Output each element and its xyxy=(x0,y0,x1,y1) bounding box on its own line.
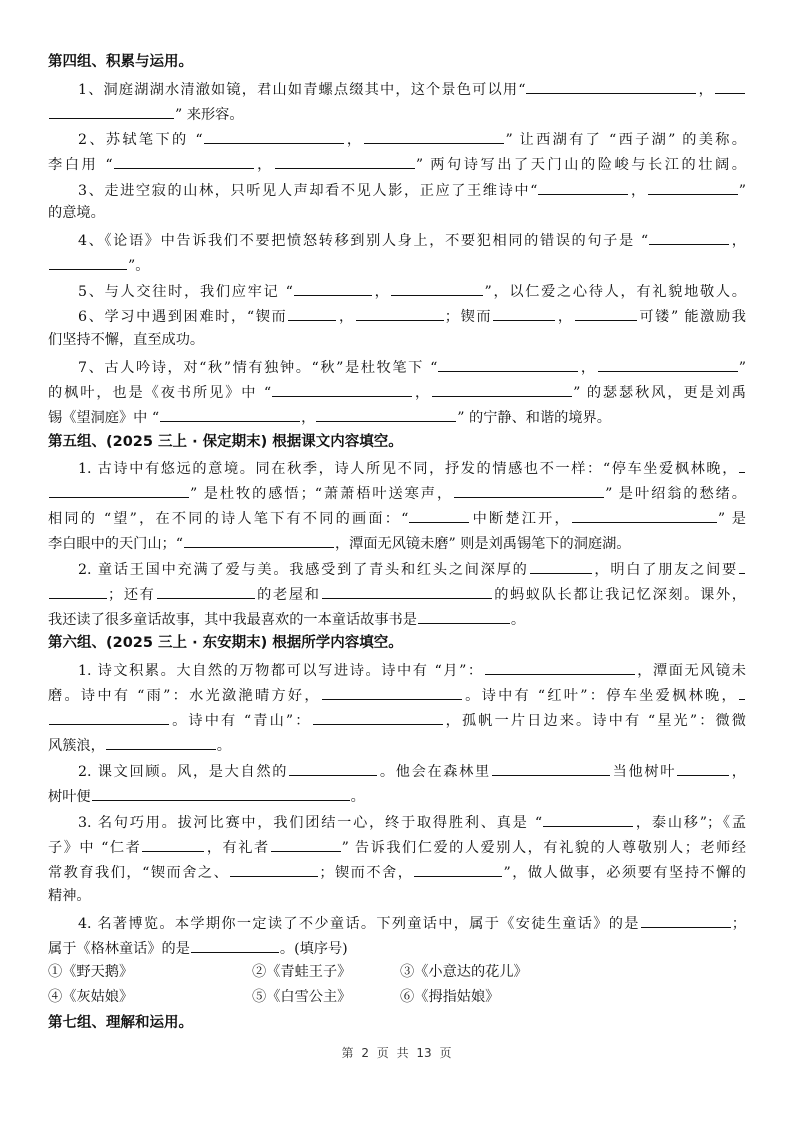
text-segment: 。 xyxy=(351,789,365,805)
fill-in-blank[interactable] xyxy=(454,480,604,498)
fill-in-blank[interactable] xyxy=(432,379,572,397)
option-item: ③《小意达的花儿》 xyxy=(400,960,528,984)
text-segment: ” 是 xyxy=(718,511,746,527)
text-line: 树叶便。 xyxy=(48,783,746,807)
text-segment: 1. 古诗中有悠远的意境。同在秋季，诗人所见不同，抒发的情感也不一样：“停车坐爱… xyxy=(78,461,738,477)
text-segment: 相同的 “望”，在不同的诗人笔下有不同的画面：“ xyxy=(48,511,408,527)
text-segment: 我还读了很多童话故事，其中我最喜欢的一本童话故事书是 xyxy=(48,612,417,628)
fill-in-blank[interactable] xyxy=(739,556,745,574)
text-segment: ， xyxy=(337,309,354,325)
text-line: ”。 xyxy=(48,252,746,276)
fill-in-blank[interactable] xyxy=(191,935,279,953)
text-line: 2、苏轼笔下的 “，” 让西湖有了 “西子湖” 的美称。 xyxy=(78,126,746,150)
text-segment: 1、洞庭湖湖水清澈如镜，君山如青螺点缀其中，这个景色可以用“ xyxy=(78,82,525,98)
text-segment: ” 是杜牧的感悟；“萧萧梧叶送寒声， xyxy=(190,486,453,502)
fill-in-blank[interactable] xyxy=(364,126,504,144)
text-line: 相同的 “望”，在不同的诗人笔下有不同的画面：“中断楚江开，” 是 xyxy=(48,505,746,529)
text-line: 风簇浪，。 xyxy=(48,732,746,756)
section-heading: 第七组、理解和运用。 xyxy=(48,1011,746,1035)
fill-in-blank[interactable] xyxy=(526,76,696,94)
fill-in-blank[interactable] xyxy=(648,177,738,195)
text-line: 锡《望洞庭》中 “，” 的宁静、和谐的境界。 xyxy=(48,404,746,428)
text-segment: ， xyxy=(730,233,746,249)
fill-in-blank[interactable] xyxy=(641,910,731,928)
text-segment: ” 让西湖有了 “西子湖” 的美称。 xyxy=(505,132,746,148)
text-segment: 3、走进空寂的山林，只听见人声却看不见人影，正应了王维诗中“ xyxy=(78,183,537,199)
text-segment: ”，以仁爱之心待人，有礼貌地敬人。 xyxy=(484,284,746,300)
text-segment: 第七组、理解和运用。 xyxy=(48,1015,193,1031)
text-line: ；还有的老屋和的蚂蚁队长都让我记忆深刻。课外， xyxy=(48,581,746,605)
text-segment: ， xyxy=(413,385,431,401)
text-segment: 磨。诗中有 “雨”：水光潋滟晴方好， xyxy=(48,688,321,704)
fill-in-blank[interactable] xyxy=(49,480,189,498)
text-line: ” 是杜牧的感悟；“萧萧梧叶送寒声，” 是叶绍翁的愁绪。 xyxy=(48,480,746,504)
text-segment: ， xyxy=(301,410,315,426)
text-segment: 。他会在森林里 xyxy=(378,764,491,780)
text-segment: ” xyxy=(739,360,746,376)
text-segment: 7、古人吟诗，对“秋”情有独钟。“秋”是杜牧笔下 “ xyxy=(78,360,437,376)
text-segment: 第五组、(2025 三上 · 保定期末) 根据课文内容填空。 xyxy=(48,434,403,450)
text-line: 7、古人吟诗，对“秋”情有独钟。“秋”是杜牧笔下 “，” xyxy=(78,354,746,378)
option-item: ⑤《白雪公主》 xyxy=(252,985,351,1009)
option-item: ④《灰姑娘》 xyxy=(48,985,133,1009)
section-heading: 第四组、积累与运用。 xyxy=(48,50,746,74)
fill-in-blank[interactable] xyxy=(438,354,578,372)
text-segment: ， xyxy=(345,132,364,148)
fill-in-blank[interactable] xyxy=(316,404,456,422)
text-segment: ，泰山移”；《孟 xyxy=(634,815,746,831)
text-segment: 常教育我们，“锲而舍之、 xyxy=(48,865,229,881)
text-segment: ” 告诉我们仁爱的人爱别人，有礼貌的人尊敬别人；老师经 xyxy=(342,840,746,856)
text-segment: ” 的瑟瑟秋风，更是刘禹 xyxy=(573,385,746,401)
fill-in-blank[interactable] xyxy=(530,556,592,574)
text-segment: ” xyxy=(739,183,746,199)
fill-in-blank[interactable] xyxy=(184,530,334,548)
fill-in-blank[interactable] xyxy=(391,278,483,296)
text-segment: 1. 诗文积累。大自然的万物都可以写进诗。诗中有 “月”： xyxy=(78,663,484,679)
fill-in-blank[interactable] xyxy=(739,682,745,700)
fill-in-blank[interactable] xyxy=(414,859,502,877)
text-segment: ，潭面无风镜未 xyxy=(636,663,746,679)
text-segment: 们坚持不懈，直至成功。 xyxy=(48,332,204,348)
text-segment: 6、学习中遇到困难时，“锲而 xyxy=(78,309,287,325)
text-line: 4、《论语》中告诉我们不要把愤怒转移到别人身上，不要犯相同的错误的句子是 “， xyxy=(78,227,746,251)
fill-in-blank[interactable] xyxy=(485,657,635,675)
text-segment: 。诗中有 “青山”： xyxy=(170,713,312,729)
text-line: 子》中 “仁者，有礼者” 告诉我们仁爱的人爱别人，有礼貌的人尊敬别人；老师经 xyxy=(48,834,746,858)
text-line: 2. 童话王国中充满了爱与美。我感受到了青头和红头之间深厚的，明白了朋友之间要 xyxy=(78,556,746,580)
text-segment: 可镂” 能激励我 xyxy=(638,309,746,325)
fill-in-blank[interactable] xyxy=(49,707,169,725)
fill-in-blank[interactable] xyxy=(649,227,729,245)
text-line: 5、与人交往时，我们应牢记 “，”，以仁爱之心待人，有礼貌地敬人。 xyxy=(78,278,746,302)
text-segment: 2. 课文回顾。风，是大自然的 xyxy=(78,764,288,780)
text-line: 属于《格林童话》的是。(填序号) xyxy=(48,935,746,959)
fill-in-blank[interactable] xyxy=(157,581,255,599)
text-line: 我还读了很多童话故事，其中我最喜欢的一本童话故事书是。 xyxy=(48,606,746,630)
text-line: 。诗中有 “青山”：，孤帆一片日边来。诗中有 “星光”：微微 xyxy=(48,707,746,731)
text-line: 精神。 xyxy=(48,884,746,908)
text-segment: ， xyxy=(556,309,573,325)
text-segment: 当他树叶 xyxy=(611,764,676,780)
fill-in-blank[interactable] xyxy=(575,303,637,321)
text-segment: ， xyxy=(730,764,746,780)
text-line: ” 来形容。 xyxy=(48,101,746,125)
text-segment: ；锲而 xyxy=(445,309,492,325)
option-item: ①《野天鹅》 xyxy=(48,960,133,984)
text-segment: 。 xyxy=(217,738,231,754)
text-line: 3. 名句巧用。拔河比赛中，我们团结一心，终于取得胜利、真是 “，泰山移”；《孟 xyxy=(78,809,746,833)
text-segment: 2、苏轼笔下的 “ xyxy=(78,132,203,148)
text-segment: ”。 xyxy=(128,258,149,274)
fill-in-blank[interactable] xyxy=(288,303,336,321)
fill-in-blank[interactable] xyxy=(418,606,510,624)
fill-in-blank[interactable] xyxy=(114,151,254,169)
text-segment: 第六组、(2025 三上 · 东安期末) 根据所学内容填空。 xyxy=(48,635,403,651)
fill-in-blank[interactable] xyxy=(275,151,415,169)
fill-in-blank[interactable] xyxy=(49,581,107,599)
text-segment: ， xyxy=(255,157,274,173)
fill-in-blank[interactable] xyxy=(538,177,628,195)
text-segment: ；锲而不舍， xyxy=(319,865,413,881)
fill-in-blank[interactable] xyxy=(598,354,738,372)
text-line: 的枫叶，也是《夜书所见》中 “，” 的瑟瑟秋风，更是刘禹 xyxy=(48,379,746,403)
text-segment: 李白眼中的天门山；“ xyxy=(48,536,183,552)
text-segment: ，明白了朋友之间要 xyxy=(593,562,738,578)
option-item: ⑥《拇指姑娘》 xyxy=(400,985,499,1009)
document-page: 第四组、积累与运用。1、洞庭湖湖水清澈如镜，君山如青螺点缀其中，这个景色可以用“… xyxy=(0,0,793,1122)
text-segment: 风簇浪， xyxy=(48,738,105,754)
fill-in-blank[interactable] xyxy=(739,455,745,473)
text-segment: ； xyxy=(732,916,746,932)
text-line: 1. 古诗中有悠远的意境。同在秋季，诗人所见不同，抒发的情感也不一样：“停车坐爱… xyxy=(78,455,746,479)
text-segment: 4. 名著博览。本学期你一定读了不少童话。下列童话中，属于《安徒生童话》的是 xyxy=(78,916,640,932)
text-line: 1、洞庭湖湖水清澈如镜，君山如青螺点缀其中，这个景色可以用“， xyxy=(78,76,746,100)
text-segment: 。(填序号) xyxy=(280,941,348,957)
text-segment: ， xyxy=(579,360,596,376)
fill-in-blank[interactable] xyxy=(272,379,412,397)
text-line: 常教育我们，“锲而舍之、；锲而不舍，”，做人做事，必须要有坚持不懈的 xyxy=(48,859,746,883)
fill-in-blank[interactable] xyxy=(493,303,555,321)
text-segment: 3. 名句巧用。拔河比赛中，我们团结一心，终于取得胜利、真是 “ xyxy=(78,815,542,831)
text-segment: 锡《望洞庭》中 “ xyxy=(48,410,159,426)
fill-in-blank[interactable] xyxy=(49,101,174,119)
text-segment: ， xyxy=(629,183,646,199)
text-segment: 中断楚江开， xyxy=(470,511,570,527)
text-line: 磨。诗中有 “雨”：水光潋滟晴方好，。诗中有 “红叶”：停车坐爱枫林晚， xyxy=(48,682,746,706)
text-segment: 。 xyxy=(511,612,525,628)
text-segment: ”，做人做事，必须要有坚持不懈的 xyxy=(503,865,746,881)
text-segment: 子》中 “仁者 xyxy=(48,840,141,856)
text-segment: 5、与人交往时，我们应牢记 “ xyxy=(78,284,293,300)
text-segment: ， xyxy=(697,82,714,98)
text-line: 李白眼中的天门山；“，潭面无风镜未磨” 则是刘禹锡笔下的洞庭湖。 xyxy=(48,530,746,554)
text-line: 4. 名著博览。本学期你一定读了不少童话。下列童话中，属于《安徒生童话》的是； xyxy=(78,910,746,934)
text-segment: 的意境。 xyxy=(48,205,105,221)
text-segment: ， xyxy=(373,284,391,300)
text-segment: ；还有 xyxy=(108,587,156,603)
text-line: 1. 诗文积累。大自然的万物都可以写进诗。诗中有 “月”：，潭面无风镜未 xyxy=(78,657,746,681)
fill-in-blank[interactable] xyxy=(230,859,318,877)
fill-in-blank[interactable] xyxy=(322,682,462,700)
text-line: 们坚持不懈，直至成功。 xyxy=(48,328,746,352)
text-segment: ” 来形容。 xyxy=(175,107,244,123)
fill-in-blank[interactable] xyxy=(715,76,745,94)
section-heading: 第五组、(2025 三上 · 保定期末) 根据课文内容填空。 xyxy=(48,430,746,454)
text-segment: 树叶便 xyxy=(48,789,91,805)
fill-in-blank[interactable] xyxy=(572,505,717,523)
fill-in-blank[interactable] xyxy=(204,126,344,144)
text-segment: 的蚂蚁队长都让我记忆深刻。课外， xyxy=(493,587,746,603)
text-segment: ，潭面无风镜未磨” 则是刘禹锡笔下的洞庭湖。 xyxy=(335,536,631,552)
text-line: 的意境。 xyxy=(48,201,746,225)
text-line: 2. 课文回顾。风，是大自然的。他会在森林里当他树叶， xyxy=(78,758,746,782)
fill-in-blank[interactable] xyxy=(677,758,729,776)
text-segment: ，孤帆一片日边来。诗中有 “星光”：微微 xyxy=(444,713,746,729)
text-segment: 第四组、积累与运用。 xyxy=(48,54,193,70)
text-segment: 。诗中有 “红叶”：停车坐爱枫林晚， xyxy=(463,688,738,704)
fill-in-blank[interactable] xyxy=(543,809,633,827)
text-segment: ” 两句诗写出了天门山的险峻与长江的壮阔。 xyxy=(416,157,746,173)
text-segment: 2. 童话王国中充满了爱与美。我感受到了青头和红头之间深厚的 xyxy=(78,562,529,578)
text-segment: 的枫叶，也是《夜书所见》中 “ xyxy=(48,385,271,401)
fill-in-blank[interactable] xyxy=(356,303,444,321)
fill-in-blank[interactable] xyxy=(92,783,350,801)
text-line: 李白用 “，” 两句诗写出了天门山的险峻与长江的壮阔。 xyxy=(48,151,746,175)
text-line: 6、学习中遇到困难时，“锲而，；锲而，可镂” 能激励我 xyxy=(78,303,746,327)
text-segment: 李白用 “ xyxy=(48,157,113,173)
fill-in-blank[interactable] xyxy=(492,758,610,776)
fill-in-blank[interactable] xyxy=(106,732,216,750)
text-line: 3、走进空寂的山林，只听见人声却看不见人影，正应了王维诗中“，” xyxy=(78,177,746,201)
fill-in-blank[interactable] xyxy=(160,404,300,422)
page-footer: 第 2 页 共 13 页 xyxy=(0,1044,793,1061)
fill-in-blank[interactable] xyxy=(313,707,443,725)
fill-in-blank[interactable] xyxy=(49,252,127,270)
text-segment: ，有礼者 xyxy=(205,840,269,856)
text-segment: ” 的宁静、和谐的境界。 xyxy=(457,410,611,426)
section-heading: 第六组、(2025 三上 · 东安期末) 根据所学内容填空。 xyxy=(48,631,746,655)
fill-in-blank[interactable] xyxy=(322,581,492,599)
text-segment: 的老屋和 xyxy=(256,587,321,603)
fill-in-blank[interactable] xyxy=(294,278,372,296)
fill-in-blank[interactable] xyxy=(142,834,204,852)
text-segment: ” 是叶绍翁的愁绪。 xyxy=(605,486,746,502)
fill-in-blank[interactable] xyxy=(409,505,469,523)
text-segment: 4、《论语》中告诉我们不要把愤怒转移到别人身上，不要犯相同的错误的句子是 “ xyxy=(78,233,648,249)
fill-in-blank[interactable] xyxy=(289,758,377,776)
text-segment: 属于《格林童话》的是 xyxy=(48,941,190,957)
option-item: ②《青蛙王子》 xyxy=(252,960,351,984)
fill-in-blank[interactable] xyxy=(271,834,341,852)
text-segment: 精神。 xyxy=(48,888,91,904)
